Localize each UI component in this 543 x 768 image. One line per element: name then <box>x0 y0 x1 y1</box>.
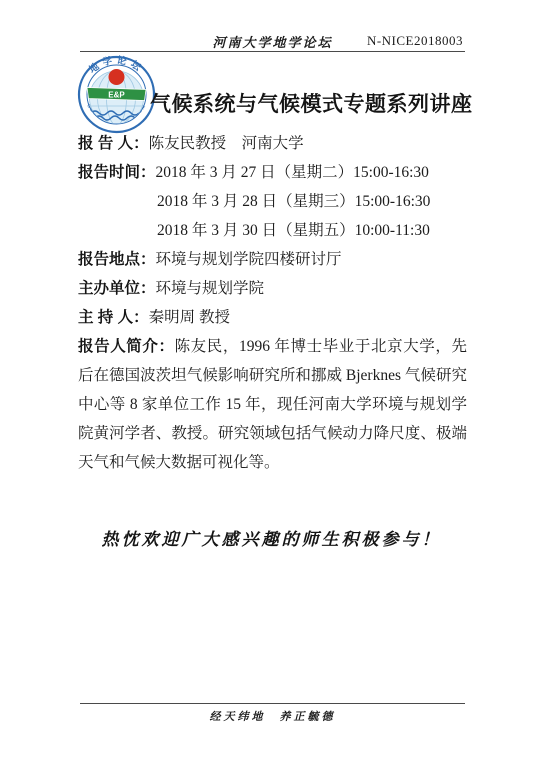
session-3: 2018 年 3 月 30 日（星期五）10:00-11:30 <box>157 216 430 245</box>
organizer-label: 主办单位： <box>78 274 156 303</box>
geoscience-forum-logo: 地学论坛 GEOSCIENCE FORUM E&P <box>77 55 156 134</box>
location-label: 报告地点： <box>78 245 156 274</box>
document-number: N-NICE2018003 <box>367 33 463 49</box>
speaker-row: 报 告 人： 陈友民教授 河南大学 <box>78 129 467 158</box>
speaker-bio: 报告人简介：陈友民，1996 年博士毕业于北京大学，先后在德国波茨坦气候影响研究… <box>78 332 467 477</box>
document-page: 河南大学地学论坛 N-NICE2018003 地学论坛 GEOSCIENCE F… <box>0 0 543 768</box>
bio-label: 报告人简介： <box>78 338 175 355</box>
host-row: 主 持 人： 秦明周 教授 <box>78 303 467 332</box>
lecture-info: 报 告 人： 陈友民教授 河南大学 报告时间： 2018 年 3 月 27 日（… <box>78 129 467 477</box>
host-label: 主 持 人： <box>78 303 149 332</box>
session-2: 2018 年 3 月 28 日（星期三）15:00-16:30 <box>157 187 430 216</box>
lecture-series-title: 气候系统与气候模式专题系列讲座 <box>150 88 480 118</box>
svg-text:E&P: E&P <box>108 91 125 100</box>
footer-motto: 经天纬地 养正毓德 <box>210 711 336 723</box>
page-header: 河南大学地学论坛 N-NICE2018003 <box>80 31 465 52</box>
bio-text: 陈友民，1996 年博士毕业于北京大学，先后在德国波茨坦气候影响研究所和挪威 B… <box>78 338 467 471</box>
globe-emblem-icon: 地学论坛 GEOSCIENCE FORUM E&P <box>77 55 156 134</box>
organizer-row: 主办单位： 环境与规划学院 <box>78 274 467 303</box>
welcome-slogan: 热忱欢迎广大感兴趣的师生积极参与！ <box>0 525 543 550</box>
forum-name: 河南大学地学论坛 <box>212 32 332 51</box>
organizer-value: 环境与规划学院 <box>156 274 265 303</box>
page-footer: 经天纬地 养正毓德 <box>80 703 465 724</box>
session-1: 2018 年 3 月 27 日（星期二）15:00-16:30 <box>156 158 429 187</box>
location-row: 报告地点： 环境与规划学院四楼研讨厅 <box>78 245 467 274</box>
host-value: 秦明周 教授 <box>149 303 230 332</box>
speaker-value: 陈友民教授 河南大学 <box>149 129 304 158</box>
time-label: 报告时间： <box>78 158 156 187</box>
speaker-label: 报 告 人： <box>78 129 149 158</box>
time-row: 2018 年 3 月 30 日（星期五）10:00-11:30 <box>78 216 467 245</box>
location-value: 环境与规划学院四楼研讨厅 <box>156 245 342 274</box>
time-row: 2018 年 3 月 28 日（星期三）15:00-16:30 <box>78 187 467 216</box>
time-row: 报告时间： 2018 年 3 月 27 日（星期二）15:00-16:30 <box>78 158 467 187</box>
